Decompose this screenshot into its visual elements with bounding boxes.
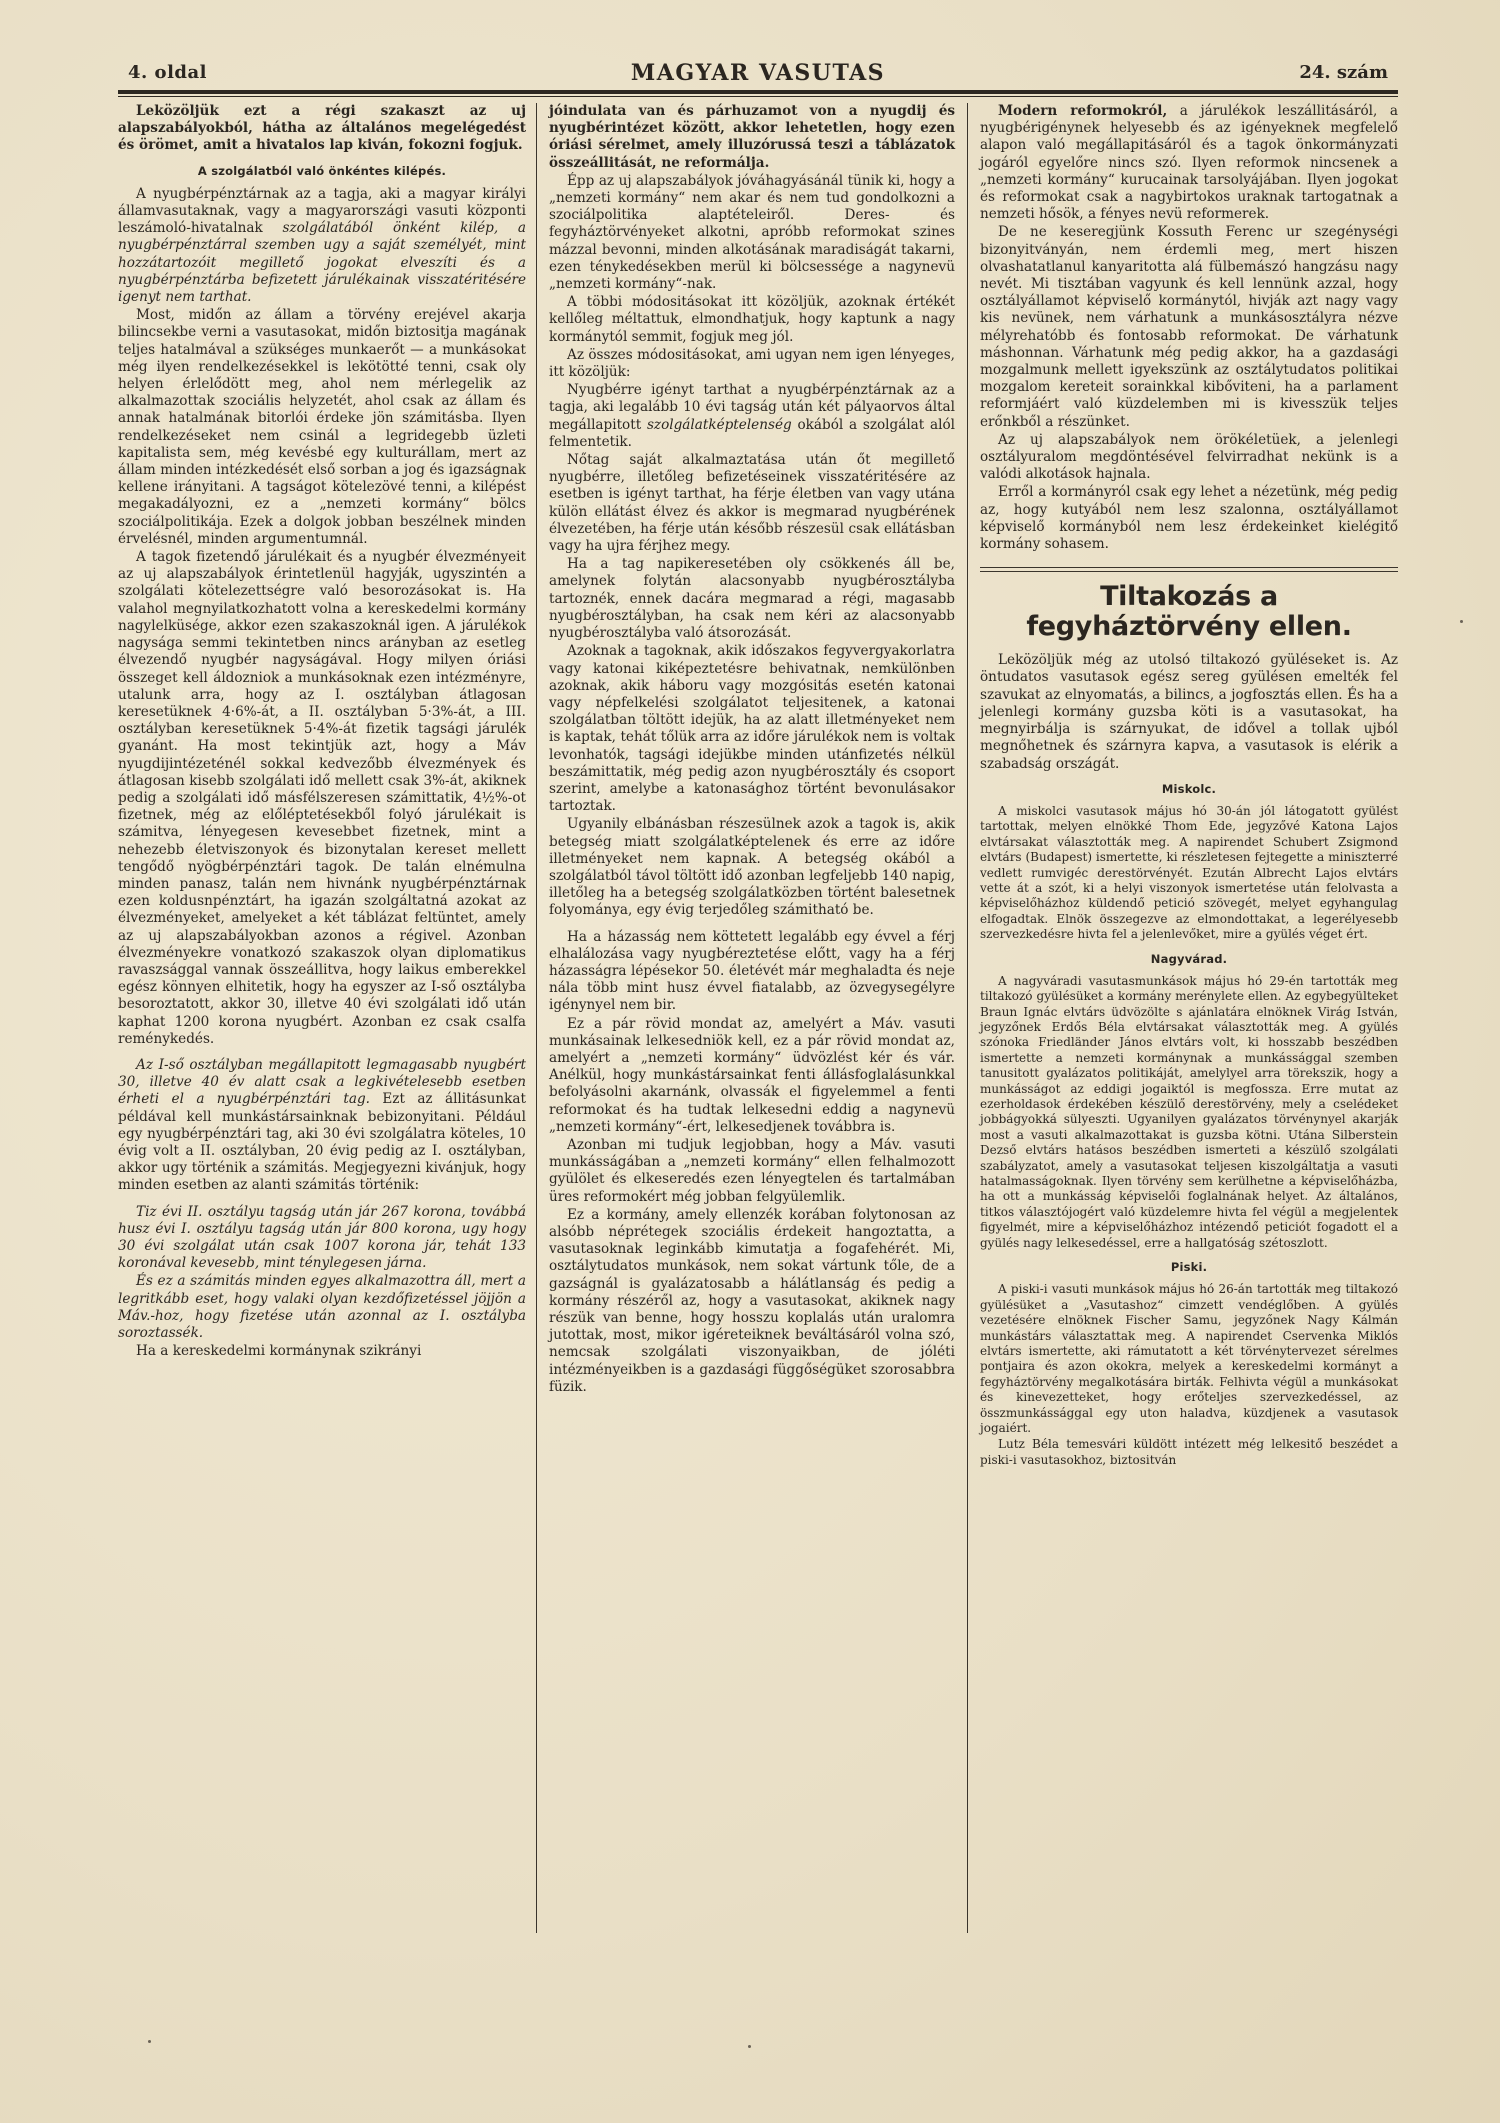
italic-text: szolgálatképtelenség xyxy=(647,417,792,433)
paragraph: Nőtag saját alkalmaztatása után őt megil… xyxy=(549,452,955,555)
paragraph: Ha a házasság nem köttetett legalább egy… xyxy=(549,929,955,1015)
report-paragraph: Lutz Béla temesvári küldött intézett még… xyxy=(980,1437,1398,1468)
scan-speck xyxy=(1460,620,1463,623)
newspaper-title: MAGYAR VASUTAS xyxy=(118,60,1398,86)
column-1: Leközöljük ezt a régi szakaszt az uj ala… xyxy=(118,103,536,1933)
report-place-nagyvarad: Nagyvárad. xyxy=(980,951,1398,968)
masthead-rule xyxy=(118,90,1398,94)
paragraph: Épp az uj alapszabályok jóváhagyásánál t… xyxy=(549,173,955,293)
paragraph: Ha a tag napikeresetében oly csökkenés á… xyxy=(549,556,955,642)
paragraph: Ha a kereskedelmi kormánynak szikrányi xyxy=(118,1343,526,1360)
paragraph: Ez a pár rövid mondat az, amelyért a Máv… xyxy=(549,1016,955,1136)
lead-text: Modern reformokról, xyxy=(998,103,1167,119)
paragraph: Nyugbérre igényt tarthat a nyugbérpénztá… xyxy=(549,382,955,451)
paragraph: Azoknak a tagoknak, akik időszakos fegyv… xyxy=(549,643,955,815)
scan-speck xyxy=(748,2045,751,2048)
paragraph: Ez a kormány, amely ellenzék korában fol… xyxy=(549,1207,955,1396)
paragraph: Modern reformokról, a járulékok leszálli… xyxy=(980,103,1398,223)
intro-paragraph: Leközöljük ezt a régi szakaszt az uj ala… xyxy=(118,103,526,155)
paragraph: És ez a számitás minden egyes alkalmazot… xyxy=(118,1273,526,1342)
masthead: 4. oldal MAGYAR VASUTAS 24. szám xyxy=(118,58,1398,88)
column-2: jóindulata van és párhuzamot von a nyugd… xyxy=(536,103,968,1933)
section-subhead: A szolgálatból való önkéntes kilépés. xyxy=(118,163,526,180)
report-place-piski: Piski. xyxy=(980,1259,1398,1276)
paragraph: A nyugbérpénztárnak az a tagja, aki a ma… xyxy=(118,186,526,306)
paragraph: Az uj alapszabályok nem örökéletüek, a j… xyxy=(980,432,1398,484)
report-paragraph: A miskolci vasutasok május hó 30-án jól … xyxy=(980,804,1398,943)
article-headline: Tiltakozás a fegyháztörvény ellen. xyxy=(980,582,1398,642)
paragraph: Most, midőn az állam a törvény erejével … xyxy=(118,307,526,548)
report-paragraph: A nagyváradi vasutasmunkások május hó 29… xyxy=(980,974,1398,1251)
column-3: Modern reformokról, a járulékok leszálli… xyxy=(968,103,1398,1933)
paragraph: Leközöljük még az utolsó tiltakozó gyülé… xyxy=(980,652,1398,772)
newspaper-page: 4. oldal MAGYAR VASUTAS 24. szám Leközöl… xyxy=(118,58,1398,1933)
paragraph: A tagok fizetendő járulékait és a nyugbé… xyxy=(118,549,526,1048)
paragraph: Az összes módositásokat, ami ugyan nem i… xyxy=(549,347,955,381)
report-paragraph: A piski-i vasuti munkások május hó 26-án… xyxy=(980,1282,1398,1436)
article-columns: Leközöljük ezt a régi szakaszt az uj ala… xyxy=(118,103,1398,1933)
paragraph: A többi módositásokat itt közöljük, azok… xyxy=(549,294,955,346)
issue-number: 24. szám xyxy=(1299,62,1388,83)
text-span: a járulékok leszállitásáról, a nyugbérig… xyxy=(980,103,1398,222)
report-place-miskolc: Miskolc. xyxy=(980,781,1398,798)
paragraph: Azonban mi tudjuk legjobban, hogy a Máv.… xyxy=(549,1137,955,1206)
paragraph: jóindulata van és párhuzamot von a nyugd… xyxy=(549,103,955,172)
paragraph: Az I-ső osztályban megállapitott legmaga… xyxy=(118,1057,526,1195)
paragraph: De ne keseregjünk Kossuth Ferenc ur szeg… xyxy=(980,224,1398,430)
paragraph: Ugyanily elbánásban részesülnek azok a t… xyxy=(549,816,955,919)
calculation-paragraph: Tiz évi II. osztályu tagság után jár 267… xyxy=(118,1204,526,1273)
scan-speck xyxy=(148,2040,151,2043)
paragraph: Erről a kormányról csak egy lehet a néze… xyxy=(980,484,1398,553)
section-divider xyxy=(980,567,1398,572)
masthead-rule-thin xyxy=(118,96,1398,97)
